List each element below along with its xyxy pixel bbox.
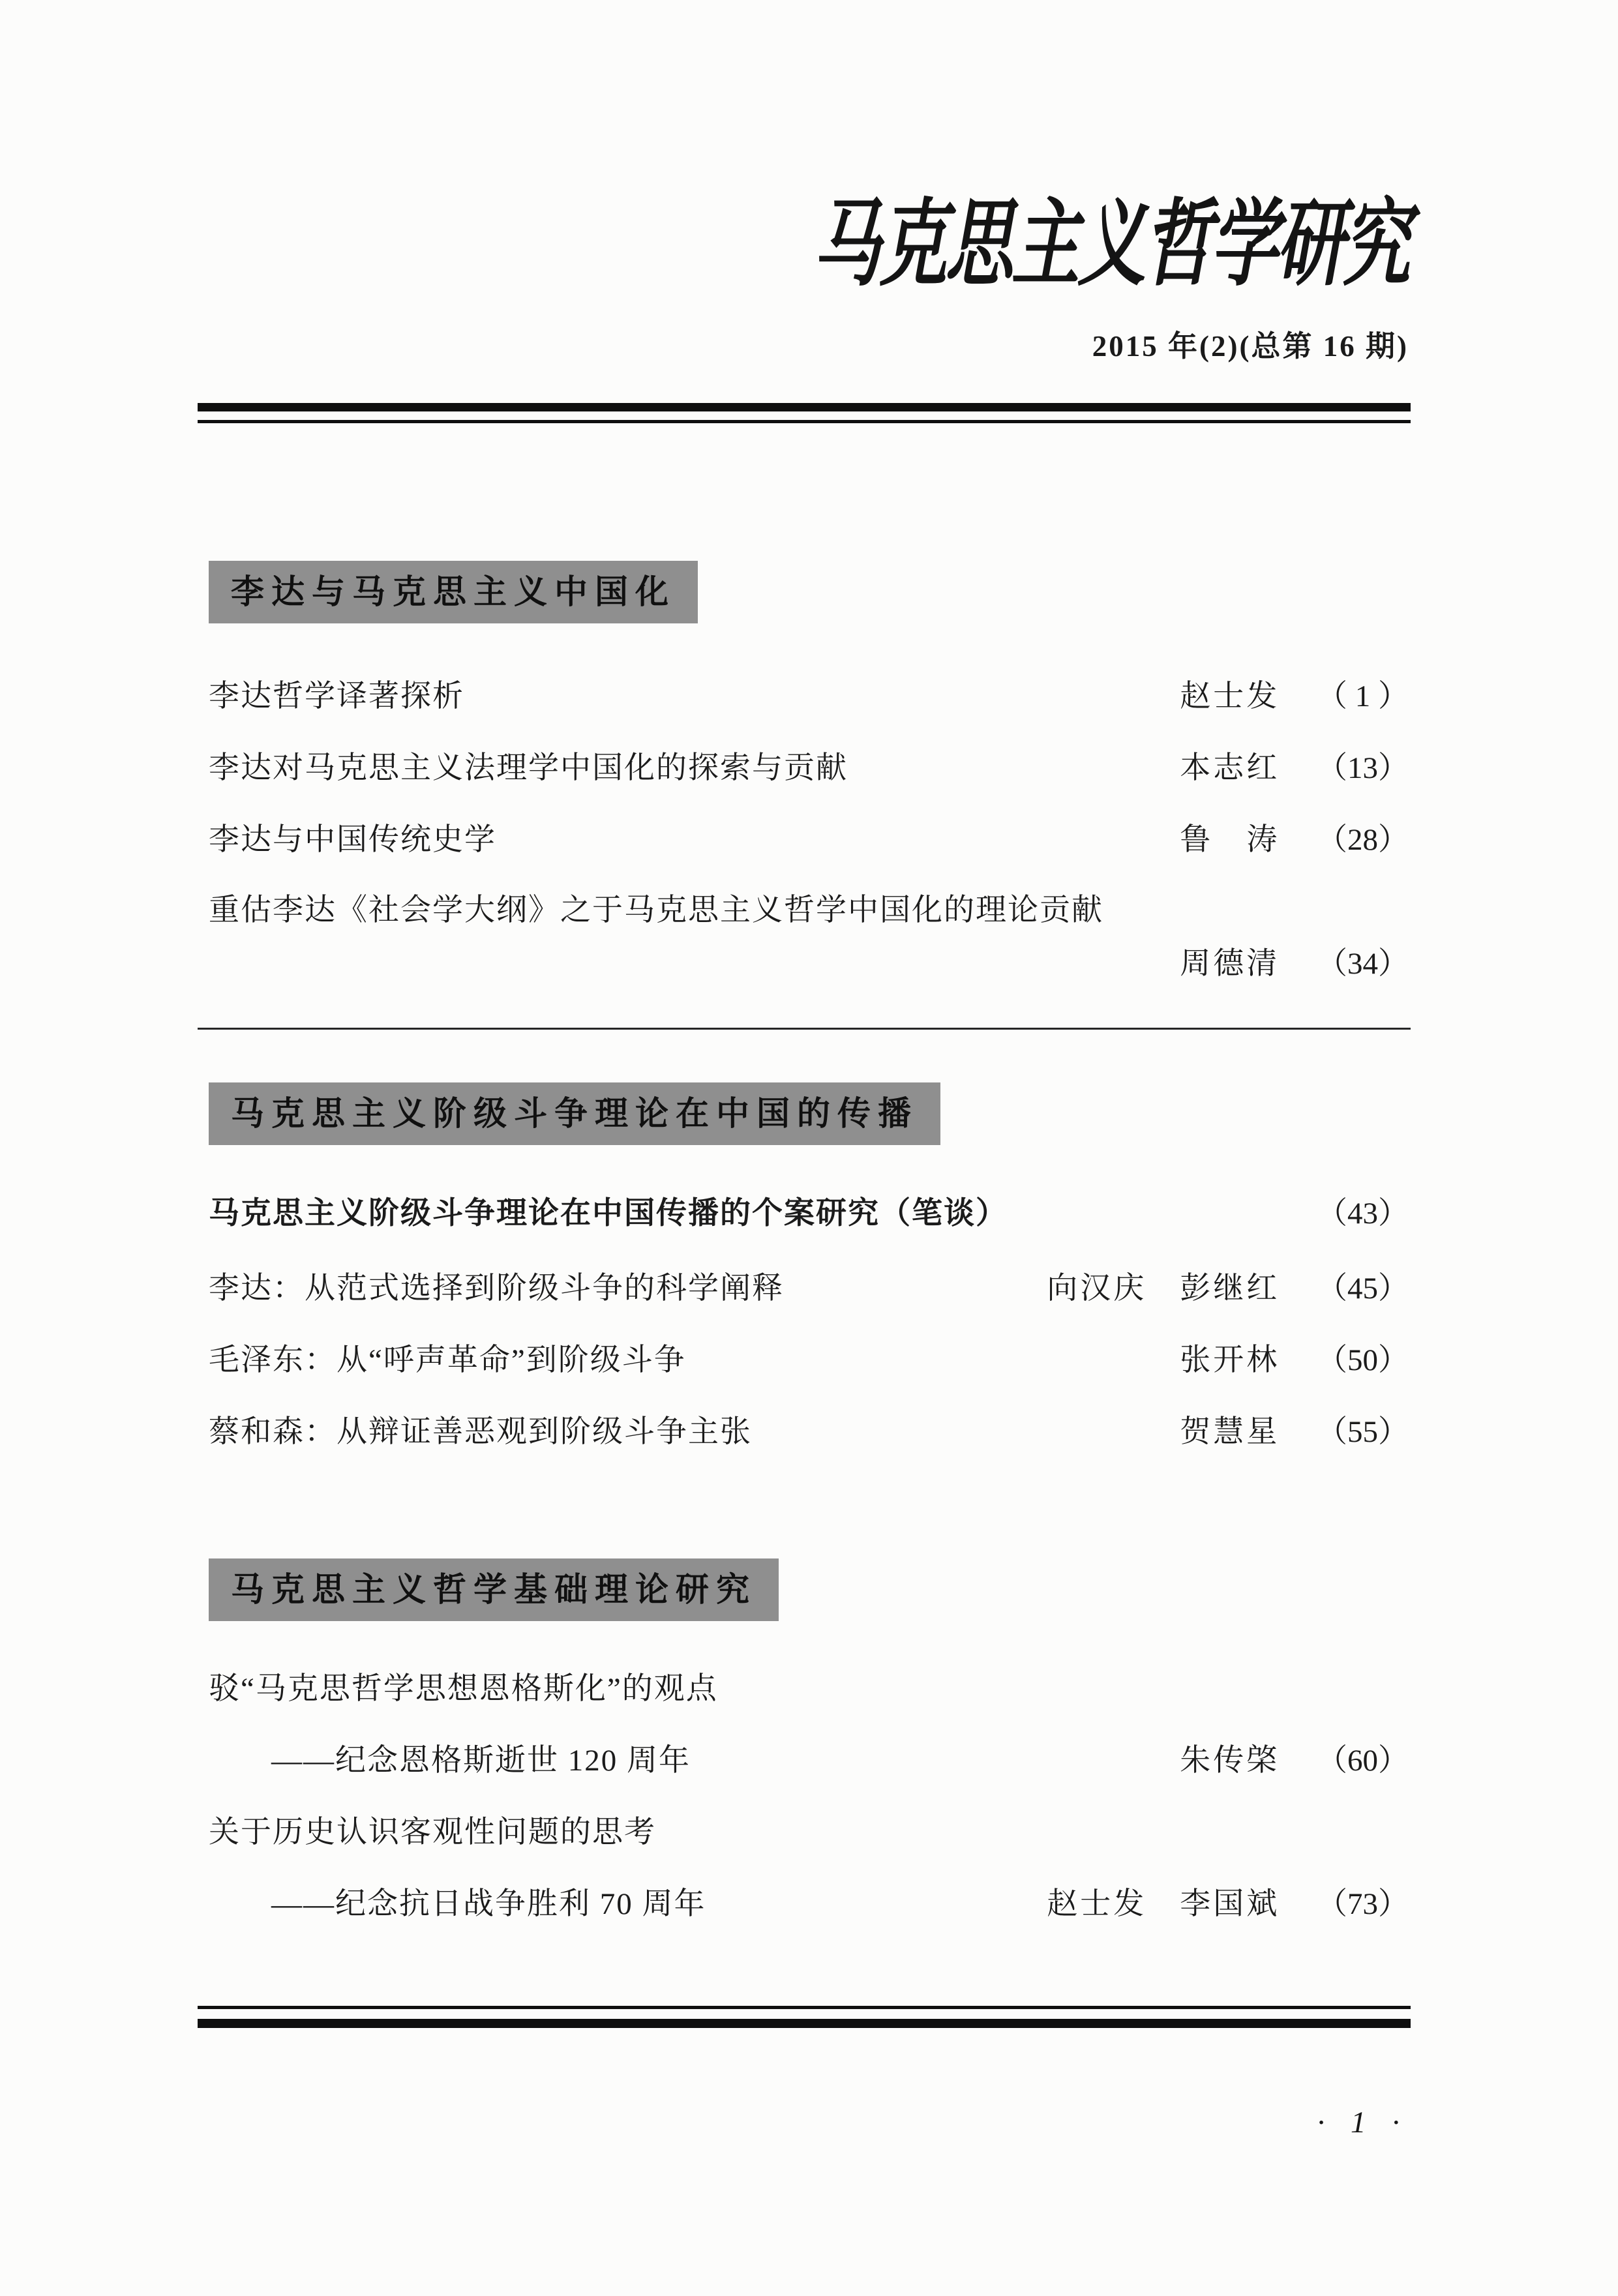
bottom-rule-thin — [198, 2006, 1411, 2009]
section-header-label: 李达与马克思主义中国化 — [231, 573, 676, 610]
article-authors: 张开林 — [1180, 1343, 1280, 1377]
article-page-number: （50） — [1304, 1341, 1409, 1380]
issue-info: 2015 年(2)(总第 16 期) — [209, 322, 1409, 365]
toc-row: 李达：从范式选择到阶级斗争的科学阐释 向汉庆 彭继红 （45） — [209, 1269, 1409, 1308]
toc-row: 李达对马克思主义法理学中国化的探索与贡献 本志红 （13） — [209, 749, 1409, 788]
row-right: 赵士发 （ 1 ） — [1180, 677, 1409, 716]
top-rule-thin — [198, 420, 1411, 423]
bottom-rule-thick — [198, 2019, 1411, 2028]
top-rule-thick — [198, 403, 1411, 411]
section-divider-rule — [198, 1028, 1411, 1030]
toc-row: 毛泽东：从“呼声革命”到阶级斗争 张开林 （50） — [209, 1341, 1409, 1380]
row-right: 本志红 （13） — [1180, 749, 1409, 788]
article-page-number: （28） — [1304, 820, 1409, 859]
article-title: 关于历史认识客观性问题的思考 — [209, 1813, 656, 1852]
article-page-number: （13） — [1304, 749, 1409, 788]
row-right: 张开林 （50） — [1180, 1341, 1409, 1380]
article-page-number: （55） — [1304, 1412, 1409, 1452]
article-title: 驳“马克思哲学思想恩格斯化”的观点 — [209, 1669, 718, 1708]
article-subtitle: ——纪念抗日战争胜利 70 周年 — [209, 1885, 706, 1924]
row-right: 赵士发 李国斌 （73） — [1047, 1885, 1409, 1924]
article-authors: 贺慧星 — [1180, 1415, 1280, 1449]
toc-row-continuation: 周德清 （34） — [209, 944, 1409, 983]
toc-row: 驳“马克思哲学思想恩格斯化”的观点 — [209, 1669, 1409, 1708]
row-right: 向汉庆 彭继红 （45） — [1047, 1269, 1409, 1308]
folio-page-number: · 1 · — [209, 2105, 1409, 2140]
section-header-basic-theory: 马克思主义哲学基础理论研究 — [209, 1558, 779, 1621]
toc-page: 马克思主义哲学研究 2015 年(2)(总第 16 期) 李达与马克思主义中国化… — [0, 0, 1618, 2296]
article-title: 重估李达《社会学大纲》之于马克思主义哲学中国化的理论贡献 — [209, 891, 1103, 930]
toc-row: 李达与中国传统史学 鲁 涛 （28） — [209, 820, 1409, 859]
article-authors: 向汉庆 彭继红 — [1047, 1272, 1280, 1305]
article-authors: 本志红 — [1180, 751, 1280, 785]
article-title: 马克思主义阶级斗争理论在中国传播的个案研究（笔谈） — [209, 1193, 1008, 1232]
article-page-number: （73） — [1304, 1885, 1409, 1924]
toc-row: 关于历史认识客观性问题的思考 — [209, 1813, 1409, 1852]
row-right: 周德清 （34） — [1180, 944, 1409, 983]
section-header-lida-sinicization: 李达与马克思主义中国化 — [209, 561, 698, 623]
toc-row: 李达哲学译著探析 赵士发 （ 1 ） — [209, 677, 1409, 716]
section-header-class-struggle: 马克思主义阶级斗争理论在中国的传播 — [209, 1082, 940, 1145]
article-title: 毛泽东：从“呼声革命”到阶级斗争 — [209, 1341, 686, 1380]
row-right: （43） — [1287, 1194, 1409, 1233]
article-authors: 周德清 — [1180, 947, 1280, 981]
article-title: 蔡和森：从辩证善恶观到阶级斗争主张 — [209, 1412, 752, 1452]
toc-row-subtitle: ——纪念抗日战争胜利 70 周年 赵士发 李国斌 （73） — [209, 1885, 1409, 1924]
article-page-number: （43） — [1304, 1194, 1409, 1233]
row-right: 贺慧星 （55） — [1180, 1412, 1409, 1452]
article-page-number: （34） — [1304, 944, 1409, 983]
article-title: 李达与中国传统史学 — [209, 820, 496, 859]
article-page-number: （ 1 ） — [1304, 677, 1409, 716]
article-authors: 赵士发 — [1180, 679, 1280, 713]
article-title: 李达哲学译著探析 — [209, 677, 464, 716]
section-header-label: 马克思主义哲学基础理论研究 — [231, 1571, 757, 1608]
article-title: 李达对马克思主义法理学中国化的探索与贡献 — [209, 749, 848, 788]
toc-row: 蔡和森：从辩证善恶观到阶级斗争主张 贺慧星 （55） — [209, 1412, 1409, 1452]
article-page-number: （60） — [1304, 1741, 1409, 1780]
toc-row: 重估李达《社会学大纲》之于马克思主义哲学中国化的理论贡献 — [209, 891, 1409, 930]
row-right: 朱传棨 （60） — [1180, 1741, 1409, 1780]
toc-row: 马克思主义阶级斗争理论在中国传播的个案研究（笔谈） （43） — [209, 1193, 1409, 1233]
row-right: 鲁 涛 （28） — [1180, 820, 1409, 859]
toc-row-subtitle: ——纪念恩格斯逝世 120 周年 朱传棨 （60） — [209, 1741, 1409, 1780]
journal-title: 马克思主义哲学研究 — [545, 168, 1409, 304]
article-authors: 朱传棨 — [1180, 1744, 1280, 1778]
section-header-label: 马克思主义阶级斗争理论在中国的传播 — [231, 1095, 918, 1132]
article-authors: 鲁 涛 — [1180, 823, 1280, 857]
article-authors: 赵士发 李国斌 — [1047, 1887, 1280, 1921]
article-page-number: （45） — [1304, 1269, 1409, 1308]
article-subtitle: ——纪念恩格斯逝世 120 周年 — [209, 1741, 691, 1780]
article-title: 李达：从范式选择到阶级斗争的科学阐释 — [209, 1269, 784, 1308]
